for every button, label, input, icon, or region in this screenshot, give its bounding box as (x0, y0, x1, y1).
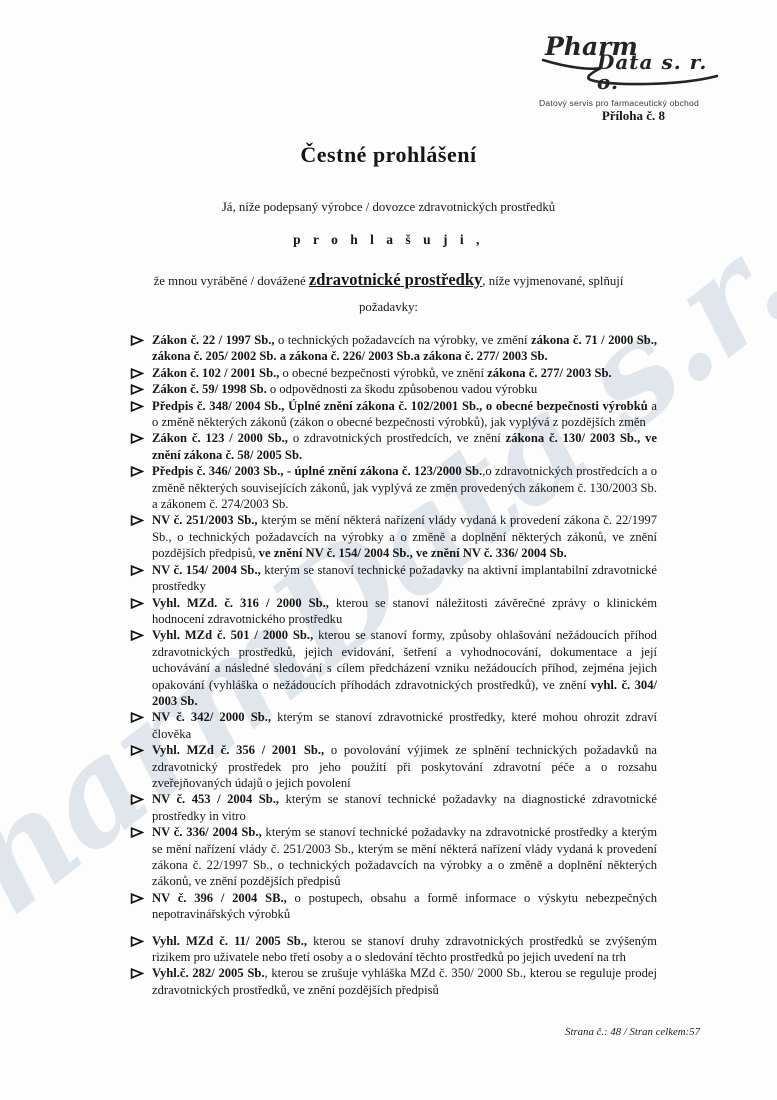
list-item-text: Vyhl. MZd č. 356 / 2001 Sb., o povolován… (152, 742, 657, 791)
list-item: Vyhl. MZd č. 356 / 2001 Sb., o povolován… (130, 742, 657, 791)
list-item: NV č. 453 / 2004 Sb., kterým se stanoví … (130, 791, 657, 824)
list-item-text: Zákon č. 22 / 1997 Sb., o technických po… (152, 332, 657, 365)
arrow-bullet-icon (130, 400, 152, 413)
law-reference: Zákon č. 22 / 1997 Sb., (152, 333, 275, 347)
list-item-text: NV č. 154/ 2004 Sb., kterým se stanoví t… (152, 562, 657, 595)
list-item-text: NV č. 336/ 2004 Sb., kterým se stanoví t… (152, 824, 657, 890)
list-item: Zákon č. 22 / 1997 Sb., o technických po… (130, 332, 657, 365)
list-item: Zákon č. 102 / 2001 Sb., o obecné bezpeč… (130, 365, 657, 381)
declaration-word: p r o h l a š u j i , (0, 232, 777, 248)
list-item-text: Vyhl.č. 282/ 2005 Sb., kterou se zrušuje… (152, 965, 657, 998)
law-reference: zákona č. 277/ 2003 Sb. (487, 366, 612, 380)
law-description: o zdravotnických prostředcích, ve znění (288, 431, 506, 445)
list-item: Předpis č. 346/ 2003 Sb., - úplné znění … (130, 463, 657, 512)
law-reference: Vyhl. MZd č. 11/ 2005 Sb., (152, 934, 307, 948)
list-item-text: Vyhl. MZd. č. 316 / 2000 Sb., kterou se … (152, 595, 657, 628)
list-item-text: NV č. 342/ 2000 Sb., kterým se stanoví z… (152, 709, 657, 742)
law-reference: NV č. 396 / 2004 SB., (152, 891, 287, 905)
arrow-bullet-icon (130, 711, 152, 724)
law-description: o obecné bezpečnosti výrobků, ve znění (279, 366, 487, 380)
list-item-text: Předpis č. 346/ 2003 Sb., - úplné znění … (152, 463, 657, 512)
arrow-bullet-icon (130, 334, 152, 347)
list-item: Vyhl.č. 282/ 2005 Sb., kterou se zrušuje… (130, 965, 657, 998)
law-list: Zákon č. 22 / 1997 Sb., o technických po… (130, 332, 657, 998)
list-item: NV č. 336/ 2004 Sb., kterým se stanoví t… (130, 824, 657, 890)
law-reference: Zákon č. 102 / 2001 Sb., (152, 366, 279, 380)
intro-line-3: požadavky: (0, 300, 777, 315)
list-item: Předpis č. 348/ 2004 Sb., Úplné znění zá… (130, 398, 657, 431)
logo-swoosh-icon (539, 46, 735, 98)
attachment-label: Příloha č. 8 (602, 108, 665, 124)
intro-line-2: že mnou vyráběné / dovážené zdravotnické… (0, 270, 777, 290)
list-item: Vyhl. MZd č. 501 / 2000 Sb., kterou se s… (130, 627, 657, 709)
arrow-bullet-icon (130, 367, 152, 380)
document-page: PharmData s.r.o. Pharm Data s. r. o. Dat… (0, 0, 777, 1100)
arrow-bullet-icon (130, 967, 152, 980)
law-reference: NV č. 154/ 2004 Sb., (152, 563, 261, 577)
arrow-bullet-icon (130, 793, 152, 806)
arrow-bullet-icon (130, 826, 152, 839)
arrow-bullet-icon (130, 935, 152, 948)
intro-line-2-pre: že mnou vyráběné / dovážené (154, 274, 309, 288)
law-reference: Vyhl.č. 282/ 2005 Sb. (152, 966, 265, 980)
list-item-text: Zákon č. 123 / 2000 Sb., o zdravotnickýc… (152, 430, 657, 463)
law-reference: Zákon č. 59/ 1998 Sb. (152, 382, 267, 396)
law-reference: NV č. 251/2003 Sb., (152, 513, 258, 527)
list-item-text: Vyhl. MZd č. 11/ 2005 Sb., kterou se sta… (152, 933, 657, 966)
list-item-text: NV č. 396 / 2004 SB., o postupech, obsah… (152, 890, 657, 923)
law-reference: NV č. 336/ 2004 Sb., (152, 825, 262, 839)
list-item: Zákon č. 123 / 2000 Sb., o zdravotnickýc… (130, 430, 657, 463)
pharmdata-logo: Pharm Data s. r. o. Datový servis pro fa… (539, 34, 735, 108)
page-title: Čestné prohlášení (0, 142, 777, 168)
arrow-bullet-icon (130, 432, 152, 445)
arrow-bullet-icon (130, 383, 152, 396)
law-reference: Zákon č. 123 / 2000 Sb., (152, 431, 288, 445)
list-item: NV č. 396 / 2004 SB., o postupech, obsah… (130, 890, 657, 923)
law-reference: NV č. 453 / 2004 Sb., (152, 792, 279, 806)
arrow-bullet-icon (130, 514, 152, 527)
law-reference: Vyhl. MZd č. 501 / 2000 Sb., (152, 628, 313, 642)
arrow-bullet-icon (130, 744, 152, 757)
arrow-bullet-icon (130, 892, 152, 905)
list-item: NV č. 154/ 2004 Sb., kterým se stanoví t… (130, 562, 657, 595)
list-item-text: Předpis č. 348/ 2004 Sb., Úplné znění zá… (152, 398, 657, 431)
list-item: NV č. 342/ 2000 Sb., kterým se stanoví z… (130, 709, 657, 742)
law-reference: Vyhl. MZd č. 356 / 2001 Sb., (152, 743, 324, 757)
list-item-text: Vyhl. MZd č. 501 / 2000 Sb., kterou se s… (152, 627, 657, 709)
arrow-bullet-icon (130, 629, 152, 642)
list-item-text: NV č. 453 / 2004 Sb., kterým se stanoví … (152, 791, 657, 824)
intro-line-1: Já, níže podepsaný výrobce / dovozce zdr… (0, 200, 777, 215)
list-item: NV č. 251/2003 Sb., kterým se mění někte… (130, 512, 657, 561)
law-reference: ve znění NV č. 154/ 2004 Sb., ve znění N… (259, 546, 567, 560)
law-description: o technických požadavcích na výrobky, ve… (275, 333, 531, 347)
list-item: Vyhl. MZd č. 11/ 2005 Sb., kterou se sta… (130, 933, 657, 966)
list-item-text: Zákon č. 102 / 2001 Sb., o obecné bezpeč… (152, 365, 657, 381)
intro-line-2-post: , níže vyjmenované, splňují (482, 274, 623, 288)
list-item-text: Zákon č. 59/ 1998 Sb. o odpovědnosti za … (152, 381, 657, 397)
law-reference: Předpis č. 346/ 2003 Sb., - úplné znění … (152, 464, 482, 478)
intro-line-2-emphasis: zdravotnické prostředky (309, 270, 482, 289)
law-reference: Předpis č. 348/ 2004 Sb., Úplné znění zá… (152, 399, 648, 413)
arrow-bullet-icon (130, 465, 152, 478)
list-item: Vyhl. MZd. č. 316 / 2000 Sb., kterou se … (130, 595, 657, 628)
list-item-text: NV č. 251/2003 Sb., kterým se mění někte… (152, 512, 657, 561)
logo-tagline: Datový servis pro farmaceutický obchod (539, 98, 735, 108)
page-footer: Strana č.: 48 / Stran celkem:57 (565, 1026, 700, 1038)
list-item: Zákon č. 59/ 1998 Sb. o odpovědnosti za … (130, 381, 657, 397)
arrow-bullet-icon (130, 597, 152, 610)
law-description: o odpovědnosti za škodu způsobenou vadou… (267, 382, 537, 396)
arrow-bullet-icon (130, 564, 152, 577)
law-reference: Vyhl. MZd. č. 316 / 2000 Sb., (152, 596, 329, 610)
law-reference: NV č. 342/ 2000 Sb., (152, 710, 271, 724)
